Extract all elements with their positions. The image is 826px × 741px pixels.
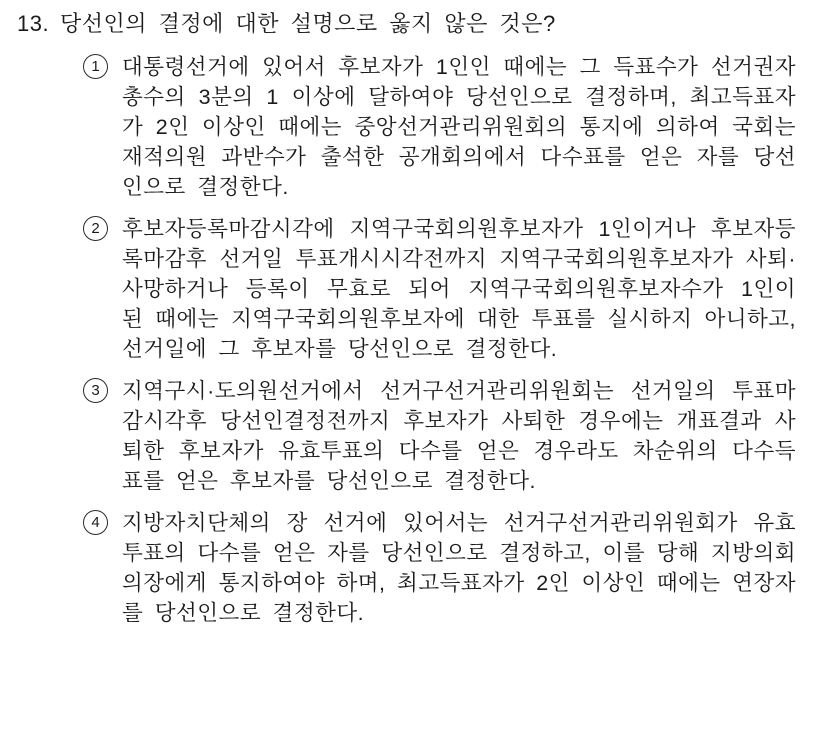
question-number: 13. — [17, 9, 60, 39]
option-1: 1 대통령선거에 있어서 후보자가 1인인 때에는 그 득표수가 선거권자 총수… — [83, 52, 802, 202]
option-3-marker-digit: 3 — [91, 383, 99, 398]
option-1-marker-digit: 1 — [91, 59, 99, 74]
question-text: 당선인의 결정에 대한 설명으로 옳지 않은 것은? — [60, 9, 802, 39]
option-4: 4 지방자치단체의 장 선거에 있어서는 선거구선거관리위원회가 유효투표의 다… — [83, 508, 802, 628]
option-3-text: 지역구시·도의원선거에서 선거구선거관리위원회는 선거일의 투표마감시각후 당선… — [122, 376, 796, 496]
option-3: 3 지역구시·도의원선거에서 선거구선거관리위원회는 선거일의 투표마감시각후 … — [83, 376, 802, 496]
option-4-marker-digit: 4 — [91, 515, 99, 530]
exam-page: 13. 당선인의 결정에 대한 설명으로 옳지 않은 것은? 1 대통령선거에 … — [0, 0, 826, 741]
option-3-circled-number-icon: 3 — [83, 378, 108, 403]
options-list: 1 대통령선거에 있어서 후보자가 1인인 때에는 그 득표수가 선거권자 총수… — [17, 52, 802, 628]
option-2: 2 후보자등록마감시각에 지역구국회의원후보자가 1인이거나 후보자등록마감후 … — [83, 214, 802, 364]
option-2-marker-digit: 2 — [91, 221, 99, 236]
option-1-circled-number-icon: 1 — [83, 54, 108, 79]
option-4-text: 지방자치단체의 장 선거에 있어서는 선거구선거관리위원회가 유효투표의 다수를… — [122, 508, 796, 628]
option-4-circled-number-icon: 4 — [83, 510, 108, 535]
option-2-circled-number-icon: 2 — [83, 216, 108, 241]
question: 13. 당선인의 결정에 대한 설명으로 옳지 않은 것은? — [17, 9, 802, 39]
option-1-text: 대통령선거에 있어서 후보자가 1인인 때에는 그 득표수가 선거권자 총수의 … — [122, 52, 796, 202]
option-2-text: 후보자등록마감시각에 지역구국회의원후보자가 1인이거나 후보자등록마감후 선거… — [122, 214, 796, 364]
